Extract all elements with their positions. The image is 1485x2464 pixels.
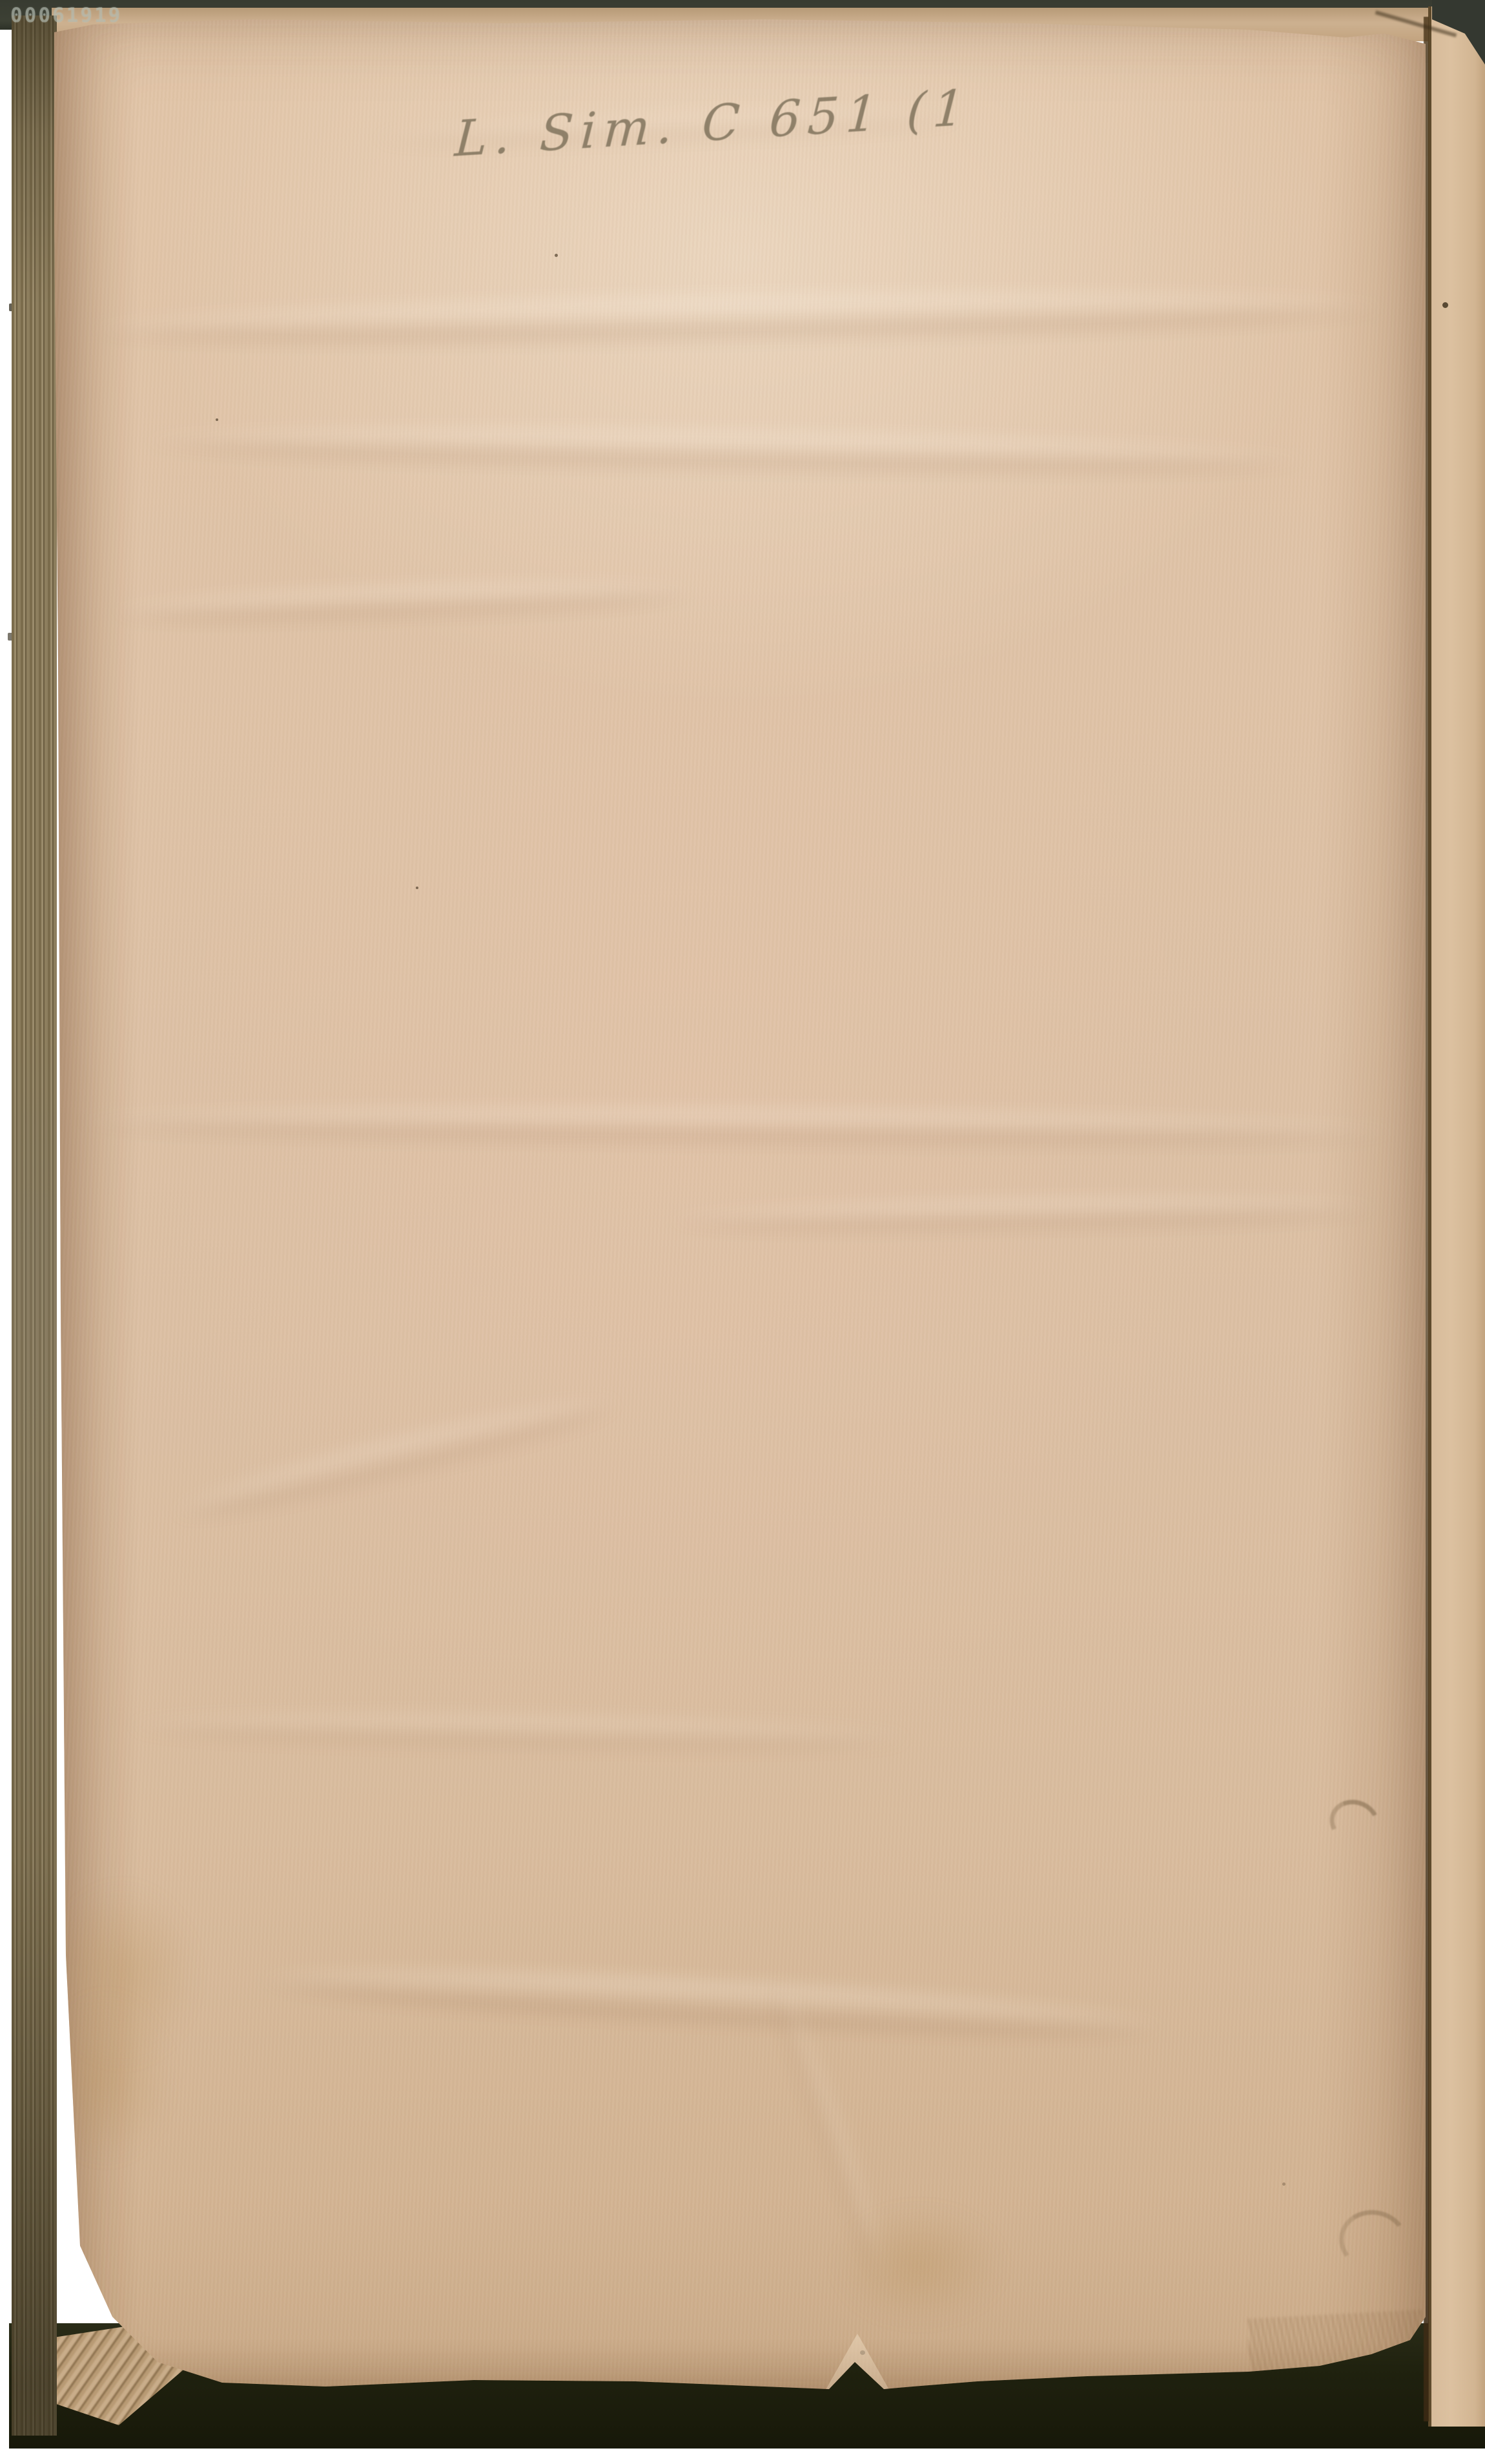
book-page: L. Sim. C 651 (1 — [54, 18, 1426, 2423]
paper-crease — [112, 576, 693, 628]
paper-crease — [132, 1710, 907, 1756]
ink-impression-mark — [1335, 2205, 1413, 2277]
paper-speck — [416, 887, 418, 889]
paper-crease — [145, 421, 1307, 480]
paper-stain — [41, 1994, 170, 2162]
paper-crease — [80, 1104, 1397, 1150]
ink-impression-mark — [1324, 1793, 1386, 1852]
next-page-fore-edge — [1428, 6, 1485, 2427]
book-spine-page-edges — [12, 15, 57, 2436]
paper-speck — [1282, 2182, 1285, 2186]
paper-crease — [668, 1193, 1378, 1235]
paper-stain — [835, 2207, 1003, 2323]
digitization-watermark: 00061919 — [10, 4, 122, 27]
book-scan: 00061919 L. Sim. C 651 (1 — [0, 0, 1485, 2464]
paper-crease — [93, 285, 1385, 353]
paper-speck — [216, 418, 218, 421]
handwritten-shelfmark: L. Sim. C 651 (1 — [453, 78, 973, 167]
paper-speck — [1442, 302, 1448, 308]
paper-crease — [172, 1384, 620, 1532]
paper-crease — [260, 1957, 1165, 2049]
paper-speck — [555, 254, 558, 257]
paper-speck — [860, 2350, 865, 2355]
